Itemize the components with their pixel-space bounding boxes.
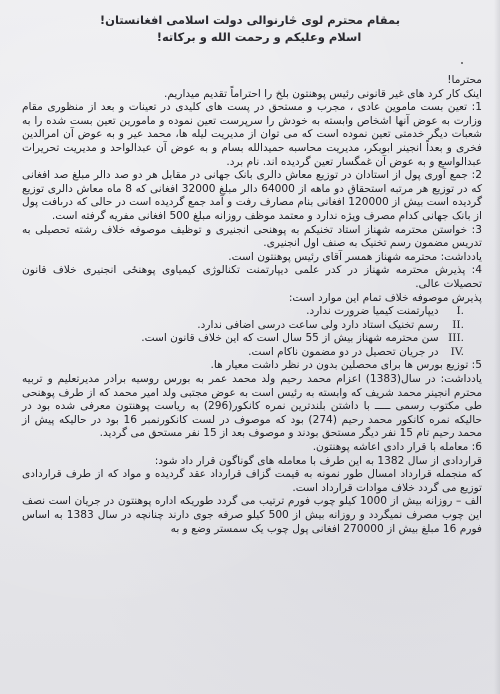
point-text: تعین بست ماموین عادی ، مجرب و مستحق در پ… xyxy=(22,101,482,167)
violations-intro: پذیرش موصوفه خلاف تمام این موارد است: xyxy=(22,292,482,306)
point-text: معامله با قرار دادی اعاشه پوهنتون. xyxy=(313,441,469,453)
roman-numeral: I. xyxy=(446,305,464,319)
point-text: پذیرش محترمه شهناز در کدر علمی دیپارتمنت… xyxy=(22,264,482,290)
point-6: 6: معامله با قرار دادی اعاشه پوهنتون. xyxy=(22,441,482,455)
violations-list: I. دیپارتمنت کیمیا ضرورت ندارد. II. رسم … xyxy=(22,305,482,359)
point-5: 5: توزیع بورس ها برای محصلین بدون در نظر… xyxy=(22,359,482,373)
scan-edge-shadow xyxy=(494,0,500,694)
violation-text: در جریان تحصیل در دو مضمون ناکام است. xyxy=(248,346,438,358)
point-4: 4: پذیرش محترمه شهناز در کدر علمی دیپارت… xyxy=(22,264,482,291)
violation-item: II. رسم تخنیک استاد دارد ولی ساعت درسی ا… xyxy=(22,319,464,333)
roman-numeral: III. xyxy=(446,332,464,346)
violation-item: III. سن محترمه شهناز بیش از 55 سال است ک… xyxy=(22,332,464,346)
violation-item: IV. در جریان تحصیل در دو مضمون ناکام است… xyxy=(22,346,464,360)
item-alef: الف – روزانه بیش از 1000 کیلو چوب فورم ت… xyxy=(22,495,482,536)
roman-numeral: II. xyxy=(446,319,464,333)
point-text: توزیع بورس ها برای محصلین بدون در نظر دا… xyxy=(211,359,469,371)
violation-text: سن محترمه شهناز بیش از 55 سال است که این… xyxy=(141,332,438,344)
point-text: خواستن محترمه شهناز استاد تخنیکم به پوهن… xyxy=(22,224,482,250)
point-number: 4: xyxy=(472,264,482,276)
contract-detail: که منجمله قرارداد امسال طور نمونه به قیم… xyxy=(22,468,482,495)
point-text: جمع آوری پول از استادان در توزیع معاش دا… xyxy=(22,169,482,222)
contract-intro: قراردادی از سال 1382 به این طرف با معامل… xyxy=(22,455,482,469)
note-2: یادداشت: در سال(1383) اعزام محمد رحیم ول… xyxy=(22,373,482,441)
point-3: 3: خواستن محترمه شهناز استاد تخنیکم به پ… xyxy=(22,224,482,251)
scanned-letter-page: بمقام محترم لوی څارنوالی دولت اسلامی افغ… xyxy=(0,0,500,694)
intro-paragraph: اینک کار کرد های غیر قانونی رئیس پوهنتون… xyxy=(22,88,482,102)
violation-item: I. دیپارتمنت کیمیا ضرورت ندارد. xyxy=(22,305,464,319)
point-number: 2: xyxy=(472,169,482,181)
scan-speck xyxy=(461,62,463,64)
point-number: 1: xyxy=(472,101,482,113)
header-salutation-line: اسلام وعلیکم و رحمت الله و برکاته! xyxy=(0,29,500,46)
violation-text: رسم تخنیک استاد دارد ولی ساعت درسی اضافی… xyxy=(197,319,438,331)
point-number: 5: xyxy=(472,359,482,371)
note-1: یادداشت: محترمه شهناز همسر آقای رئیس پوه… xyxy=(22,251,482,265)
greeting: محترما! xyxy=(22,74,482,88)
letter-header: بمقام محترم لوی څارنوالی دولت اسلامی افغ… xyxy=(0,12,500,46)
point-1: 1: تعین بست ماموین عادی ، مجرب و مستحق د… xyxy=(22,101,482,169)
point-number: 3: xyxy=(472,224,482,236)
point-number: 6: xyxy=(472,441,482,453)
header-address-line: بمقام محترم لوی څارنوالی دولت اسلامی افغ… xyxy=(0,12,500,29)
roman-numeral: IV. xyxy=(446,346,464,360)
letter-body: محترما! اینک کار کرد های غیر قانونی رئیس… xyxy=(22,74,482,536)
point-2: 2: جمع آوری پول از استادان در توزیع معاش… xyxy=(22,169,482,223)
violation-text: دیپارتمنت کیمیا ضرورت ندارد. xyxy=(306,305,438,317)
